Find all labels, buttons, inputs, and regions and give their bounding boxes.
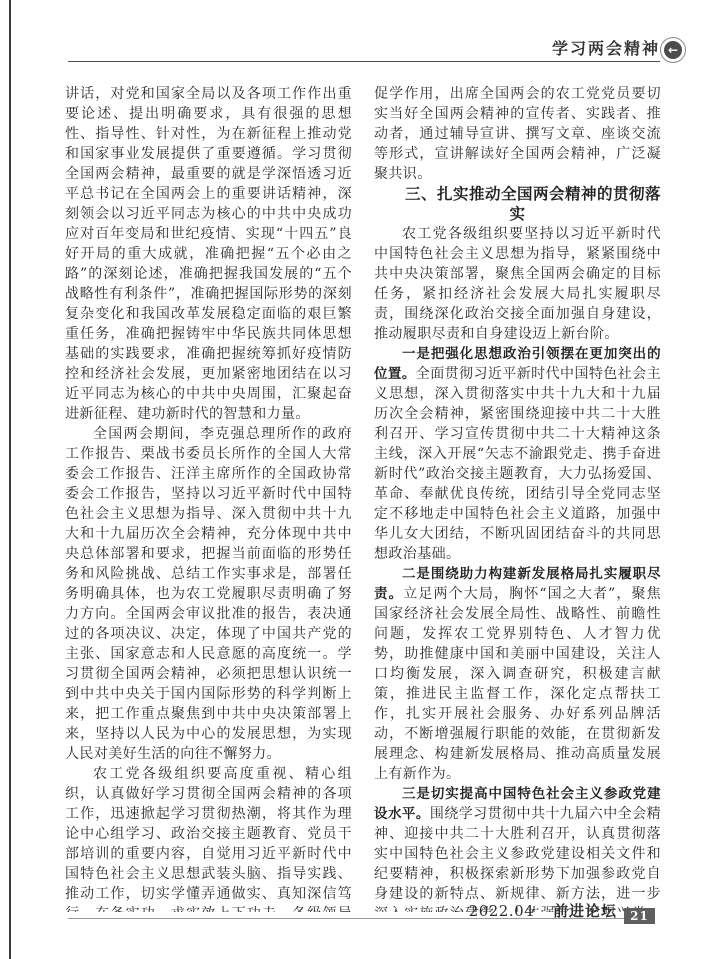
section-heading: 三、扎实推动全国两会精神的贯彻落实	[374, 184, 661, 224]
footer-journal-title: 前进论坛	[553, 902, 617, 920]
article-body: 讲话，对党和国家全局以及各项工作作出重要论述、提出明确要求，具有很强的思想性、指…	[65, 84, 661, 912]
back-arrow-glyph: ←	[664, 41, 682, 59]
page-header-title: 学习两会精神	[552, 36, 658, 59]
left-column: 讲话，对党和国家全局以及各项工作作出重要论述、提出明确要求，具有很强的思想性、指…	[65, 84, 352, 912]
footer-issue: 2022.04	[469, 902, 535, 920]
paragraph: 全国两会期间，李克强总理所作的政府工作报告、栗战书委员长所作的全国人大常委会工作…	[65, 424, 352, 764]
page-binding-edge	[9, 0, 11, 959]
paragraph: 农工党各级组织要坚持以习近平新时代中国特色社会主义思想为指导，紧紧围绕中共中央决…	[374, 224, 661, 344]
paragraph-text: 立足两个大局，胸怀“国之大者”，聚焦国家经济社会发展全局性、战略性、前瞻性问题，…	[374, 586, 661, 782]
paragraph: 讲话，对党和国家全局以及各项工作作出重要论述、提出明确要求，具有很强的思想性、指…	[65, 84, 352, 424]
back-arrow-circle-icon: ←	[660, 37, 686, 63]
right-column: 促学作用，出席全国两会的农工党党员要切实当好全国两会精神的宣传者、实践者、推动者…	[374, 84, 661, 912]
paragraph: 三是切实提高中国特色社会主义参政党建设水平。围绕学习贯彻中共十九届六中全会精神、…	[374, 784, 661, 912]
paragraph: 一是把强化思想政治引领摆在更加突出的位置。全面贯彻习近平新时代中国特色社会主义思…	[374, 344, 661, 564]
header-divider	[68, 61, 660, 62]
paragraph: 二是围绕助力构建新发展格局扎实履职尽责。立足两个大局，胸怀“国之大者”，聚焦国家…	[374, 564, 661, 784]
paragraph-text: 全面贯彻习近平新时代中国特色社会主义思想，深入贯彻落实中共十九大和十九届历次全会…	[374, 366, 661, 562]
paragraph: 农工党各级组织要高度重视、精心组织，认真做好学习贯彻全国两会精神的各项工作，迅速…	[65, 764, 352, 912]
footer: 2022.04 前进论坛	[380, 900, 617, 921]
paragraph: 促学作用，出席全国两会的农工党党员要切实当好全国两会精神的宣传者、实践者、推动者…	[374, 84, 661, 184]
page-number-badge: 21	[624, 908, 655, 924]
